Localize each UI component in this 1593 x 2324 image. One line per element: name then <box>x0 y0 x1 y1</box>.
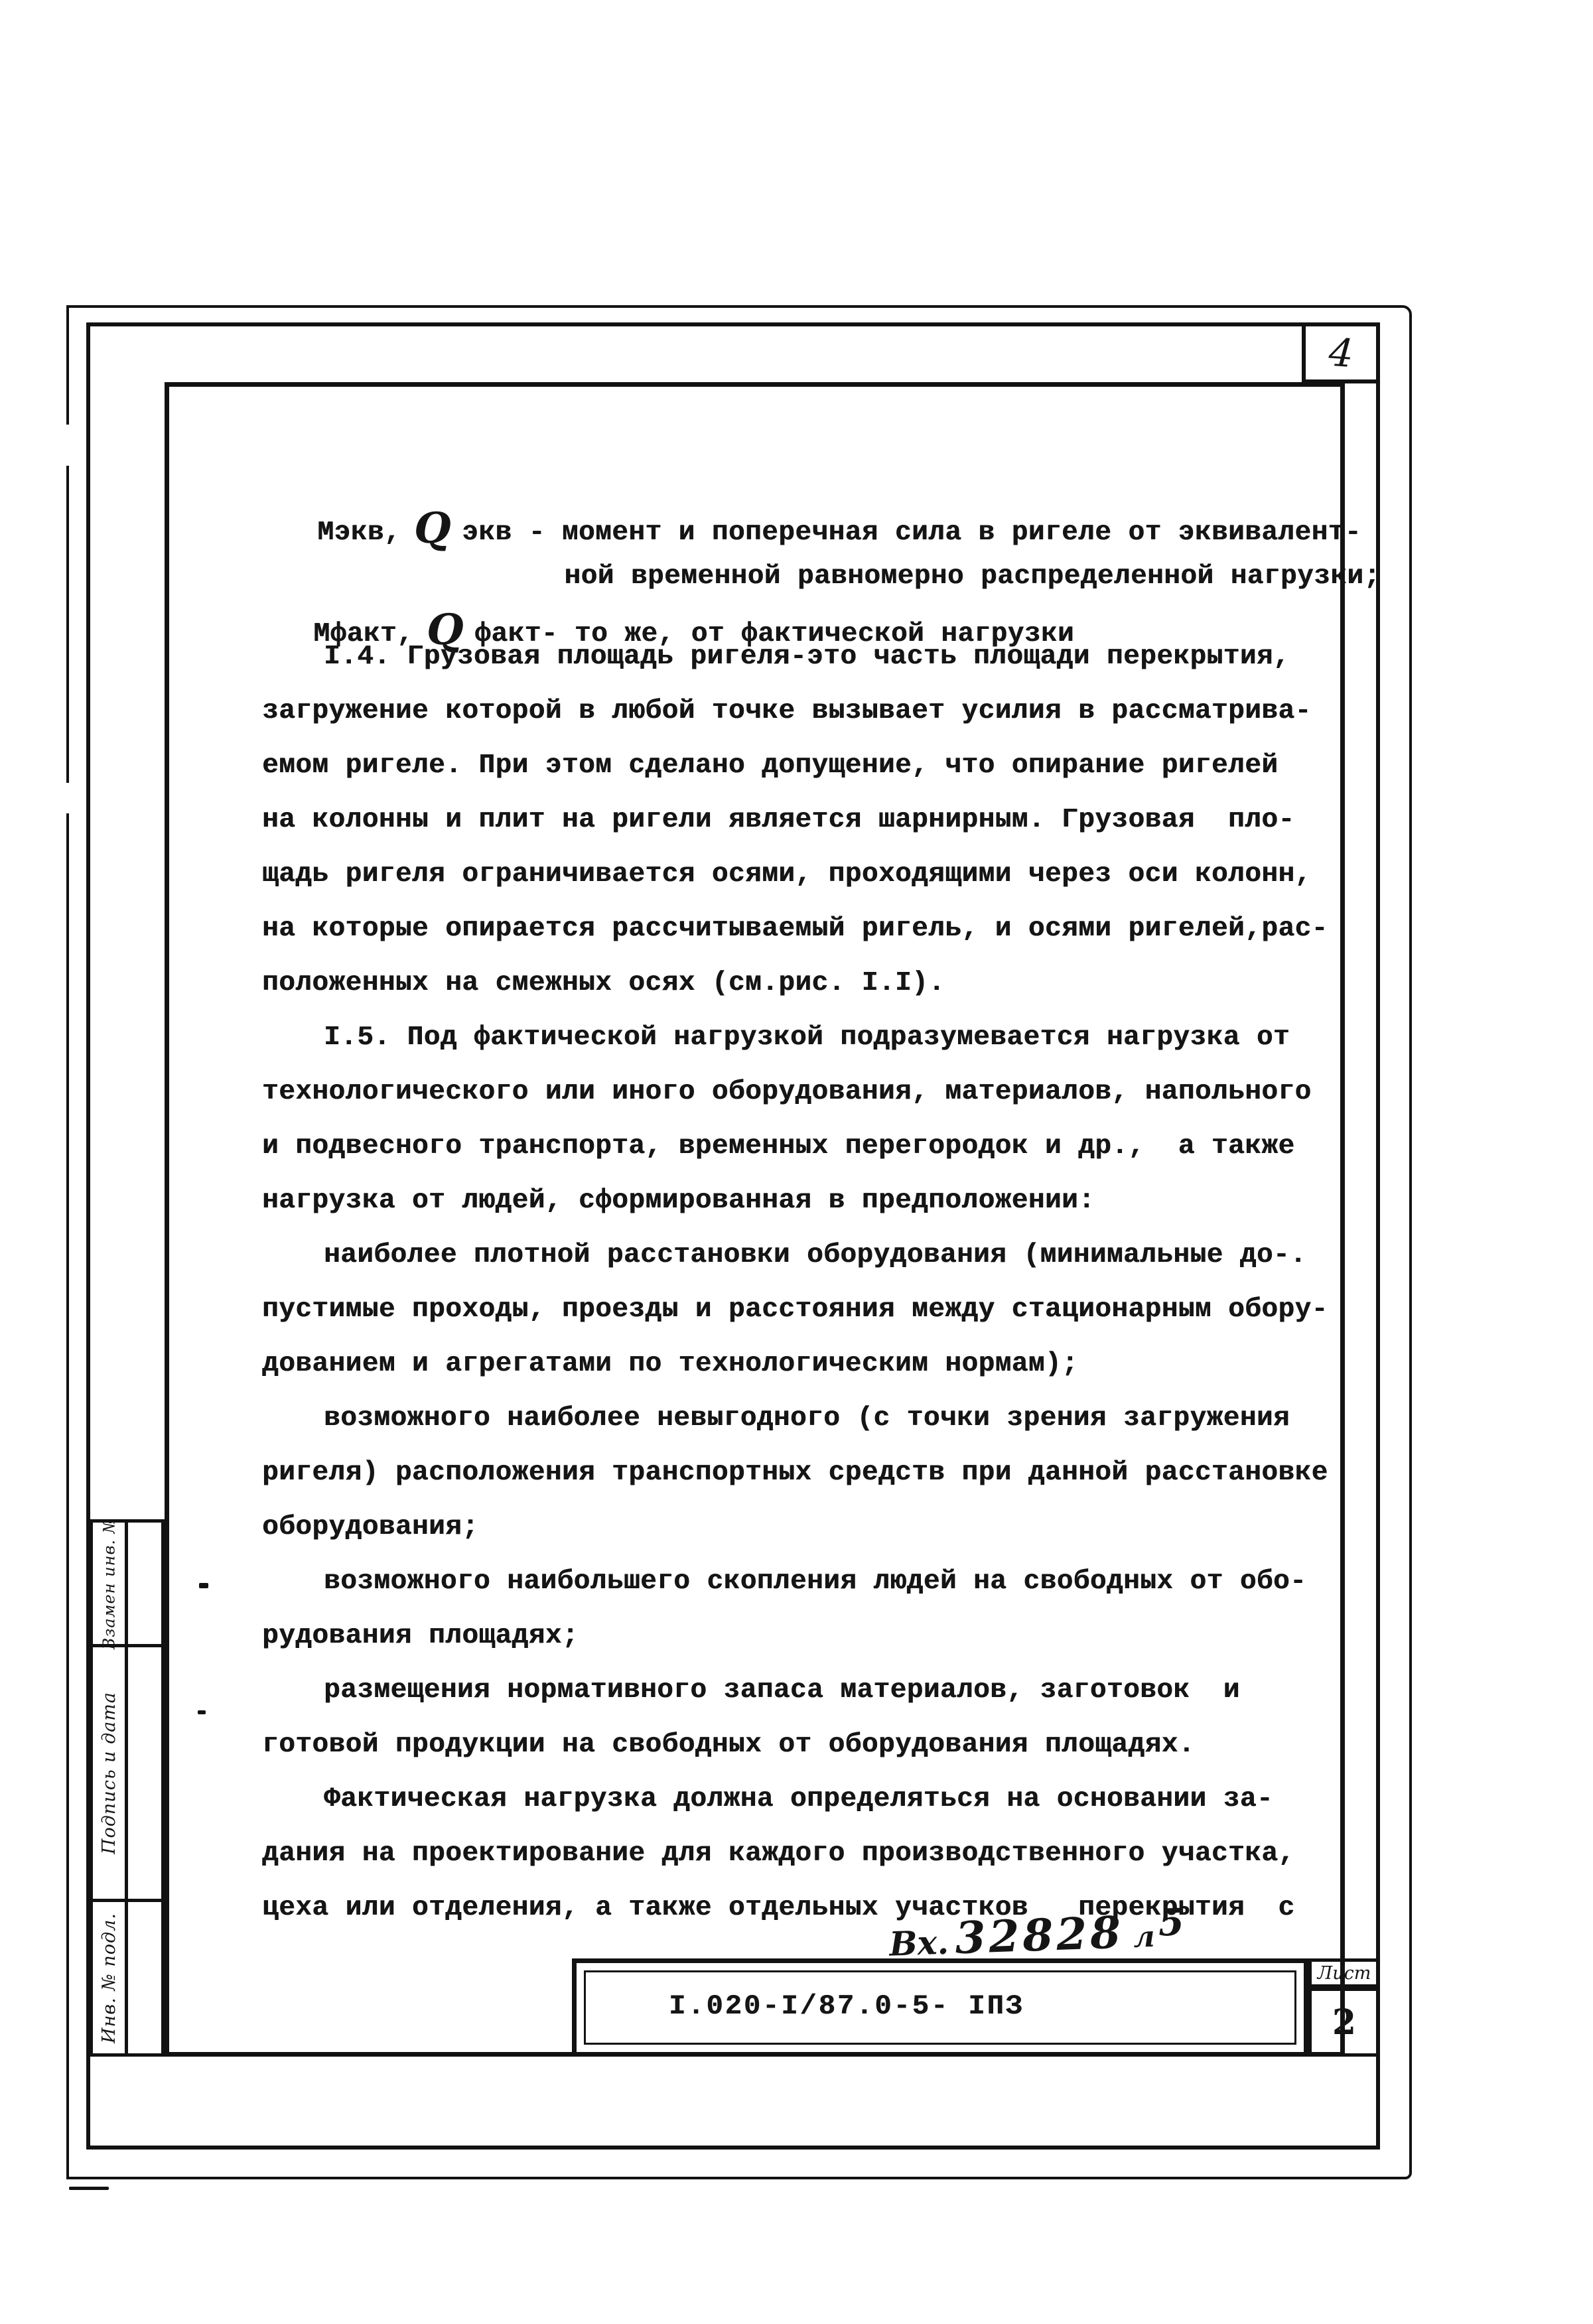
sheet-label: Лист <box>1318 1963 1371 1984</box>
formula-line-1: Мэкв,Qэкв - момент и поперечная сила в р… <box>251 444 1361 498</box>
side-stamp-label: Инв. № подл. <box>99 1913 119 2043</box>
sheet-number-cell: 2 <box>1308 1988 1380 2057</box>
formula-line-2: ной временной равномерно распределенной … <box>498 495 1381 549</box>
text-line: готовой продукции на свободных от оборуд… <box>262 1718 1350 1772</box>
side-stamp-cell-empty-3 <box>125 1899 165 2057</box>
text-line: емом ригеле. При этом сделано допущение,… <box>262 738 1350 793</box>
text-line: загружение которой в любой точке вызывае… <box>262 684 1350 738</box>
side-stamp-cell-empty-2 <box>125 1644 165 1902</box>
page-number: 4 <box>1327 330 1355 376</box>
text-line: положенных на смежных осях (см.рис. I.I)… <box>262 956 1350 1010</box>
text-line: на которые опирается рассчитываемый риге… <box>262 902 1350 956</box>
formula-line-3: Мфакт,Qфакт- то же, от фактической нагру… <box>247 545 1074 600</box>
text-line: ригеля) расположения транспортных средст… <box>262 1446 1350 1500</box>
text-line: возможного наибольшего скопления людей н… <box>262 1554 1350 1609</box>
side-stamp-cell-vzamen: Взамен инв. № <box>90 1519 128 1647</box>
body-text: I.4. Грузовая площадь ригеля-это часть п… <box>262 630 1350 1935</box>
incoming-note-prefix: Вх. <box>888 1923 949 1964</box>
text-line: щадь ригеля ограничивается осями, проход… <box>262 847 1350 902</box>
side-stamp-cell-inv: Инв. № подл. <box>90 1899 128 2057</box>
text-line: наиболее плотной расстановки оборудовани… <box>262 1228 1350 1282</box>
text-line: I.5. Под фактической нагрузкой подразуме… <box>262 1010 1350 1065</box>
document-designation: I.020-I/87.0-5- IПЗ <box>669 1990 1024 2022</box>
text-line: оборудования; <box>262 1500 1350 1554</box>
text-line: Фактическая нагрузка должна определяться… <box>262 1772 1350 1826</box>
scan-speck <box>198 1710 206 1714</box>
page-number-box: 4 <box>1302 322 1380 383</box>
text-line: рудования площадях; <box>262 1609 1350 1663</box>
formula-var: Мэкв, <box>317 517 401 548</box>
text-line: возможного наиболее невыгодного (с точки… <box>262 1391 1350 1446</box>
side-stamp-label: Взамен инв. № <box>100 1517 118 1649</box>
border-gap <box>64 425 72 466</box>
text-line: дания на проектирование для каждого прои… <box>262 1826 1350 1881</box>
incoming-note-l: л <box>1133 1920 1155 1954</box>
text-line: и подвесного транспорта, временных перег… <box>262 1119 1350 1174</box>
border-gap <box>64 783 72 813</box>
text-line: на колонны и плит на ригели является шар… <box>262 793 1350 847</box>
text-line: I.4. Грузовая площадь ригеля-это часть п… <box>262 630 1350 684</box>
text-line: дованием и агрегатами по технологическим… <box>262 1337 1350 1391</box>
text-line: технологического или иного оборудования,… <box>262 1065 1350 1119</box>
incoming-note-number: 32828 <box>954 1906 1125 1964</box>
side-stamp-label: Подпись и дата <box>99 1692 119 1854</box>
sheet-label-cell: Лист <box>1308 1958 1380 1988</box>
scan-speck <box>199 1583 208 1588</box>
scanned-document-page: 4 Мэкв,Qэкв - момент и поперечная сила в… <box>0 0 1593 2324</box>
scan-speck <box>69 2187 109 2190</box>
side-stamp-cell-empty-1 <box>125 1519 165 1647</box>
text-line: цеха или отделения, а также отдельных уч… <box>262 1881 1350 1935</box>
sheet-number: 2 <box>1332 2002 1356 2043</box>
text-line: пустимые проходы, проезды и расстояния м… <box>262 1282 1350 1337</box>
side-stamp-cell-podpis: Подпись и дата <box>90 1644 128 1902</box>
incoming-note-list: 5 <box>1158 1900 1185 1945</box>
text-line: размещения нормативного запаса материало… <box>262 1663 1350 1718</box>
incoming-note: Вх.32828л5 <box>888 1904 1186 1966</box>
text-line: нагрузка от людей, сформированная в пред… <box>262 1174 1350 1228</box>
